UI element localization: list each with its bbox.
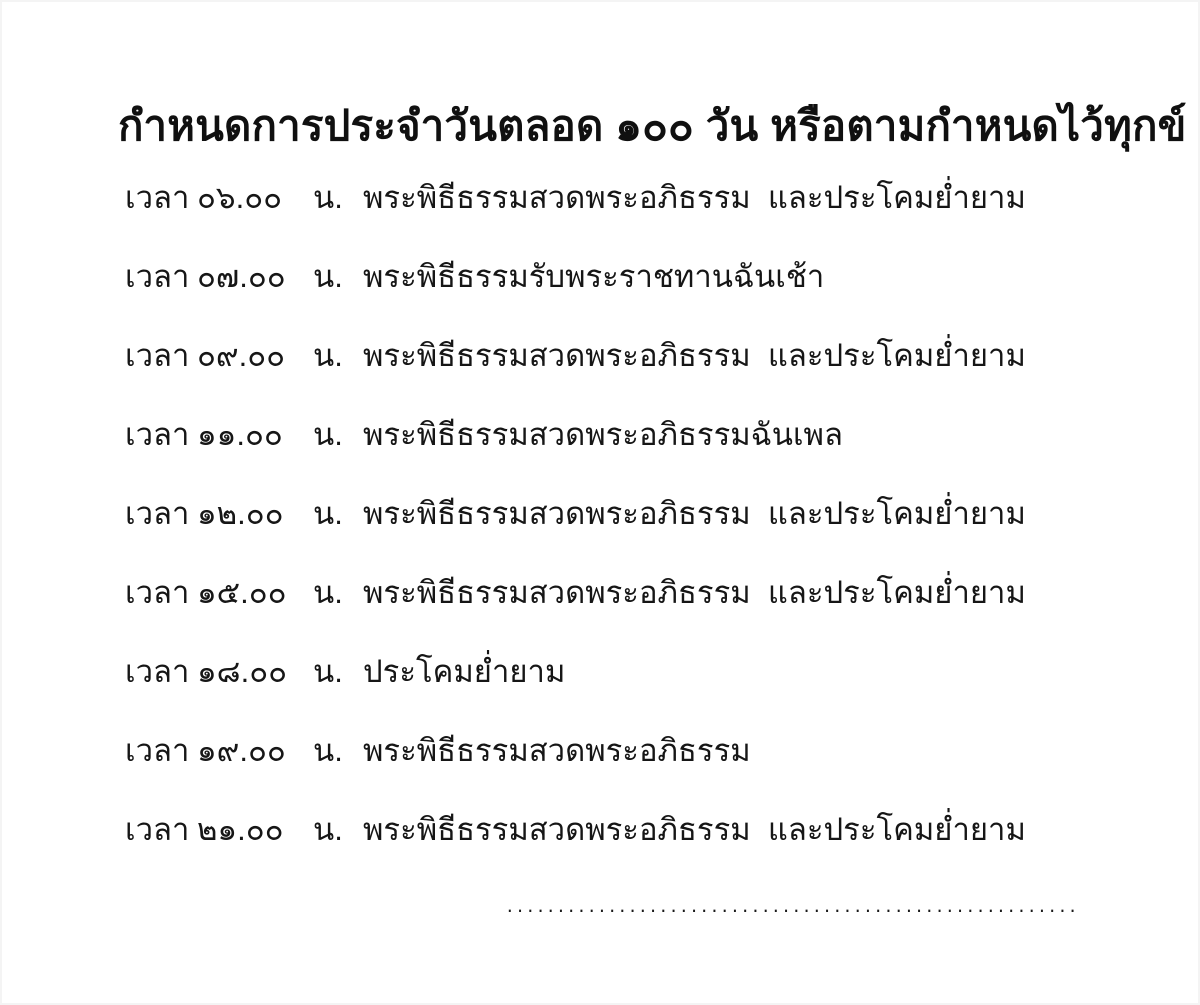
schedule-row: เวลา ๐๗.๐๐ น. พระพิธีธรรมรับพระราชทานฉัน…	[0, 237, 1200, 316]
time-value: ๑๒.๐๐	[197, 492, 313, 535]
time-label: เวลา	[125, 413, 197, 456]
signature-dotted-line: ........................................…	[505, 897, 1078, 916]
schedule-row: เวลา ๑๑.๐๐ น. พระพิธีธรรมสวดพระอภิธรรมฉั…	[0, 395, 1200, 474]
activity-text: พระพิธีธรรมสวดพระอภิธรรม และประโคมย่ำยาม	[363, 808, 1200, 851]
time-value: ๑๘.๐๐	[197, 650, 313, 693]
unit-label: น.	[313, 492, 363, 535]
unit-label: น.	[313, 255, 363, 298]
time-value: ๐๙.๐๐	[197, 334, 313, 377]
schedule-row: เวลา ๑๒.๐๐ น. พระพิธีธรรมสวดพระอภิธรรม แ…	[0, 474, 1200, 553]
schedule-row: เวลา ๐๖.๐๐ น. พระพิธีธรรมสวดพระอภิธรรม แ…	[0, 158, 1200, 237]
unit-label: น.	[313, 413, 363, 456]
document-page: กำหนดการประจำวันตลอด ๑๐๐ วัน หรือตามกำหน…	[0, 0, 1200, 1005]
time-label: เวลา	[125, 492, 197, 535]
unit-label: น.	[313, 571, 363, 614]
time-label: เวลา	[125, 255, 197, 298]
schedule-row: เวลา ๑๙.๐๐ น. พระพิธีธรรมสวดพระอภิธรรม	[0, 711, 1200, 790]
unit-label: น.	[313, 176, 363, 219]
activity-text: พระพิธีธรรมสวดพระอภิธรรม และประโคมย่ำยาม	[363, 334, 1200, 377]
time-label: เวลา	[125, 650, 197, 693]
time-value: ๑๑.๐๐	[197, 413, 313, 456]
page-title: กำหนดการประจำวันตลอด ๑๐๐ วัน หรือตามกำหน…	[118, 94, 1187, 157]
schedule-row: เวลา ๒๑.๐๐ น. พระพิธีธรรมสวดพระอภิธรรม แ…	[0, 790, 1200, 869]
schedule-row: เวลา ๑๕.๐๐ น. พระพิธีธรรมสวดพระอภิธรรม แ…	[0, 553, 1200, 632]
activity-text: พระพิธีธรรมสวดพระอภิธรรม และประโคมย่ำยาม	[363, 492, 1200, 535]
schedule-list: เวลา ๐๖.๐๐ น. พระพิธีธรรมสวดพระอภิธรรม แ…	[0, 158, 1200, 869]
activity-text: พระพิธีธรรมสวดพระอภิธรรม	[363, 729, 1200, 772]
activity-text: พระพิธีธรรมสวดพระอภิธรรม และประโคมย่ำยาม	[363, 571, 1200, 614]
unit-label: น.	[313, 334, 363, 377]
activity-text: พระพิธีธรรมสวดพระอภิธรรมฉันเพล	[363, 413, 1200, 456]
time-value: ๒๑.๐๐	[197, 808, 313, 851]
unit-label: น.	[313, 808, 363, 851]
time-label: เวลา	[125, 571, 197, 614]
activity-text: ประโคมย่ำยาม	[363, 650, 1200, 693]
time-value: ๐๖.๐๐	[197, 176, 313, 219]
time-value: ๑๙.๐๐	[197, 729, 313, 772]
unit-label: น.	[313, 729, 363, 772]
time-value: ๑๕.๐๐	[197, 571, 313, 614]
activity-text: พระพิธีธรรมสวดพระอภิธรรม และประโคมย่ำยาม	[363, 176, 1200, 219]
schedule-row: เวลา ๐๙.๐๐ น. พระพิธีธรรมสวดพระอภิธรรม แ…	[0, 316, 1200, 395]
time-label: เวลา	[125, 729, 197, 772]
schedule-row: เวลา ๑๘.๐๐ น. ประโคมย่ำยาม	[0, 632, 1200, 711]
activity-text: พระพิธีธรรมรับพระราชทานฉันเช้า	[363, 255, 1200, 298]
time-label: เวลา	[125, 176, 197, 219]
time-label: เวลา	[125, 334, 197, 377]
time-value: ๐๗.๐๐	[197, 255, 313, 298]
time-label: เวลา	[125, 808, 197, 851]
unit-label: น.	[313, 650, 363, 693]
